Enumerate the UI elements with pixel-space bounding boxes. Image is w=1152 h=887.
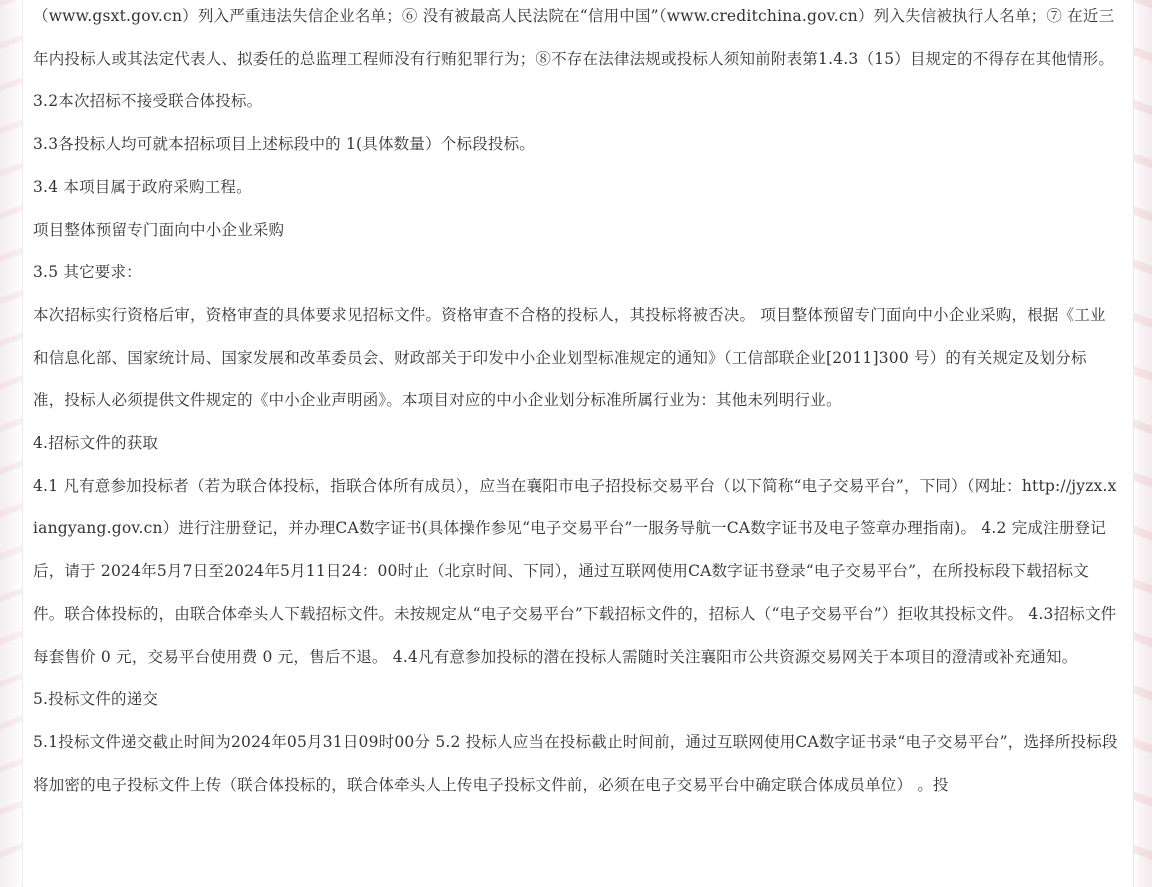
paragraph-3-2: 3.2本次招标不接受联合体投标。 [33,80,1118,123]
paragraph-sme-reservation: 项目整体预留专门面向中小企业采购 [33,209,1118,252]
right-decorative-border [1133,0,1152,887]
section-5-heading: 5.投标文件的递交 [33,678,1118,721]
paragraph-3-3: 3.3各投标人均可就本招标项目上述标段中的 1(具体数量）个标段投标。 [33,123,1118,166]
document-body: （www.gsxt.gov.cn）列入严重违法失信企业名单；⑥ 没有被最高人民法… [33,0,1118,806]
paragraph-3-5-heading: 3.5 其它要求： [33,251,1118,294]
left-decorative-border [0,0,23,887]
paragraph-4-1: 4.1 凡有意参加投标者（若为联合体投标，指联合体所有成员），应当在襄阳市电子招… [33,465,1118,679]
paragraph-3-4: 3.4 本项目属于政府采购工程。 [33,166,1118,209]
paragraph-5-1: 5.1投标文件递交截止时间为2024年05月31日09时00分 5.2 投标人应… [33,721,1118,806]
paragraph-3-1-continued: （www.gsxt.gov.cn）列入严重违法失信企业名单；⑥ 没有被最高人民法… [33,0,1118,80]
paragraph-3-5-body: 本次招标实行资格后审，资格审查的具体要求见招标文件。资格审查不合格的投标人，其投… [33,294,1118,422]
section-4-heading: 4.招标文件的获取 [33,422,1118,465]
